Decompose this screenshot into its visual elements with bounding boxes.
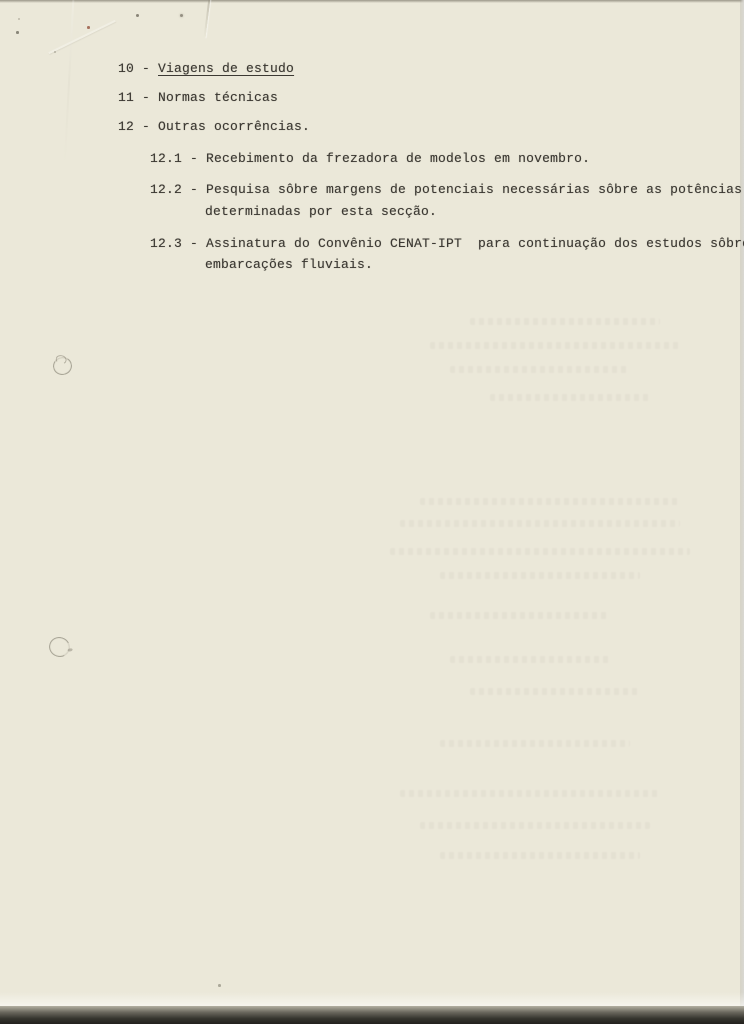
item-number: 10 - xyxy=(118,61,158,76)
bleed-through-texture xyxy=(390,548,690,555)
list-item-12-3: 12.3 - Assinatura do Convênio CENAT-IPT … xyxy=(150,236,744,251)
bleed-through-texture xyxy=(420,498,680,505)
paper-speck xyxy=(87,26,90,29)
bleed-through-texture xyxy=(430,342,680,349)
list-item-12: 12 - Outras ocorrências. xyxy=(118,119,310,134)
scanned-page: 10 - Viagens de estudo 11 - Normas técni… xyxy=(0,0,744,1024)
paper-speck xyxy=(18,18,20,20)
page-bottom-edge-highlight xyxy=(0,992,744,1006)
item-number: 12.3 - xyxy=(150,236,206,251)
ring-mark xyxy=(46,634,72,660)
bleed-through-texture xyxy=(430,612,610,619)
paper-crease xyxy=(48,20,115,54)
page-right-edge xyxy=(740,0,744,1024)
list-item-10: 10 - Viagens de estudo xyxy=(118,61,294,76)
bleed-through-texture xyxy=(440,572,640,579)
item-number: 12 - xyxy=(118,119,158,134)
page-bottom-edge-shadow xyxy=(0,1006,744,1024)
list-item-12-2: 12.2 - Pesquisa sôbre margens de potenci… xyxy=(150,182,742,197)
item-text: Assinatura do Convênio CENAT-IPT para co… xyxy=(206,236,744,251)
item-text: Recebimento da frezadora de modelos em n… xyxy=(206,151,590,166)
bleed-through-texture xyxy=(400,520,680,527)
bleed-through-texture xyxy=(440,740,630,747)
page-top-edge-shadow xyxy=(0,0,744,3)
bleed-through-texture xyxy=(470,688,640,695)
bleed-through-texture xyxy=(450,656,610,663)
bleed-through-texture xyxy=(490,394,650,401)
paper-speck xyxy=(136,14,139,17)
ring-mark xyxy=(51,355,73,377)
item-number: 11 - xyxy=(118,90,158,105)
item-label: Outras ocorrências. xyxy=(158,119,310,134)
list-item-12-2-continuation: determinadas por esta secção. xyxy=(205,204,437,219)
bleed-through-texture xyxy=(450,366,630,373)
item-text: Pesquisa sôbre margens de potenciais nec… xyxy=(206,182,742,197)
item-number: 12.1 - xyxy=(150,151,206,166)
bleed-through-texture xyxy=(440,852,640,859)
bleed-through-texture xyxy=(470,318,660,325)
paper-speck xyxy=(218,984,221,987)
paper-speck xyxy=(16,31,19,34)
paper-speck xyxy=(180,14,183,17)
paper-crease xyxy=(64,0,74,165)
paper-crease xyxy=(204,0,211,38)
item-number: 12.2 - xyxy=(150,182,206,197)
bleed-through-texture xyxy=(400,790,660,797)
list-item-12-3-continuation: embarcações fluviais. xyxy=(205,257,373,272)
bleed-through-texture xyxy=(420,822,650,829)
paper-speck xyxy=(54,51,56,53)
list-item-12-1: 12.1 - Recebimento da frezadora de model… xyxy=(150,151,590,166)
item-label: Normas técnicas xyxy=(158,90,278,105)
list-item-11: 11 - Normas técnicas xyxy=(118,90,278,105)
item-label: Viagens de estudo xyxy=(158,61,294,76)
